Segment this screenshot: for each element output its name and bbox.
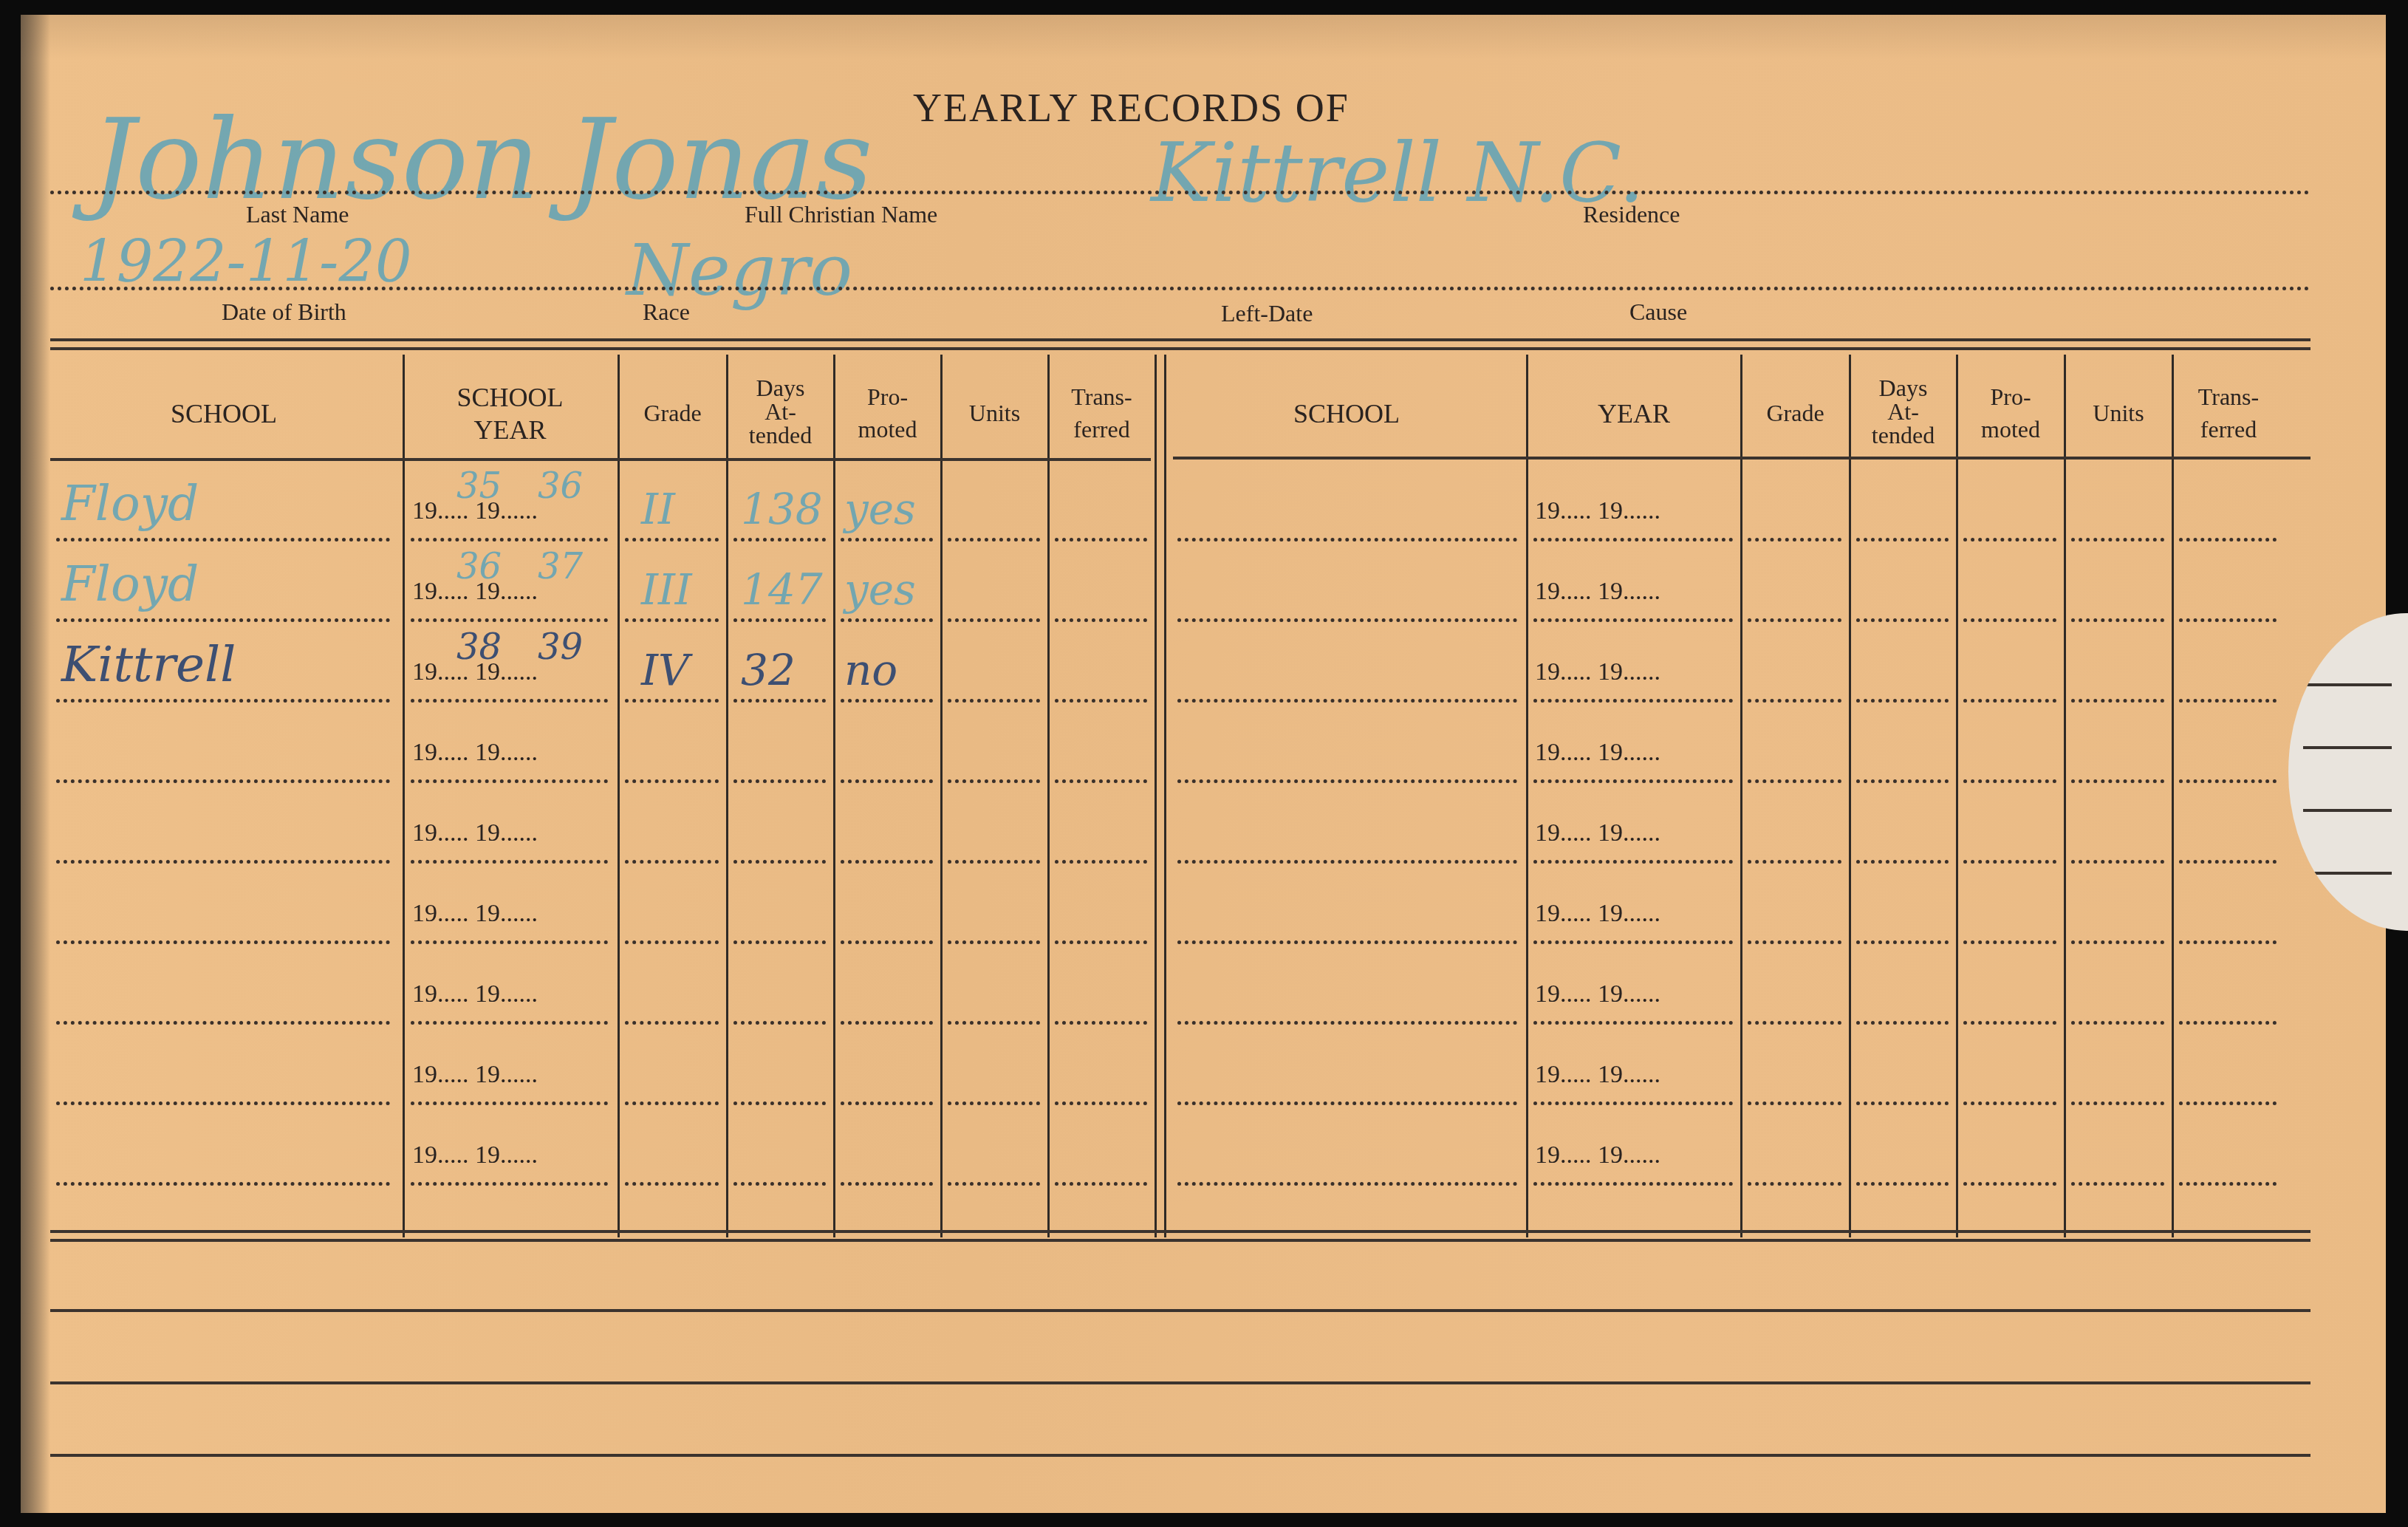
row-dotted-line: [56, 1101, 390, 1105]
header-units-right: Units: [2065, 400, 2172, 426]
year-from-value: 36: [456, 546, 502, 587]
row-dotted-line: [1177, 1182, 1517, 1186]
days-attended-value: 138: [741, 484, 823, 534]
row-dotted-line: [733, 1101, 826, 1105]
row-dotted-line: [1055, 779, 1147, 783]
col-divider: [1956, 355, 1958, 1237]
col-divider: [1164, 355, 1166, 1237]
row-dotted-line: [56, 618, 390, 622]
row-dotted-line: [2071, 1021, 2164, 1025]
row-dotted-line: [1748, 1182, 1841, 1186]
row-dotted-line: [625, 779, 719, 783]
row-dotted-line: [2179, 1021, 2277, 1025]
row-dotted-line: [411, 779, 608, 783]
header-transferred-line2: ferred: [1049, 417, 1155, 442]
row-dotted-line: [411, 1101, 608, 1105]
row-dotted-line: [1533, 699, 1733, 703]
col-divider: [726, 355, 728, 1237]
year-to-value: 39: [538, 626, 583, 668]
col-divider: [833, 355, 835, 1237]
row-dotted-line: [625, 618, 719, 622]
header-school-year-line2: YEAR: [405, 415, 615, 445]
header-promoted-line2: moted: [835, 417, 940, 442]
row-dotted-line: [56, 699, 390, 703]
row-dotted-line: [2071, 538, 2164, 542]
row-dotted-line: [1963, 618, 2056, 622]
notes-line-1: [50, 1309, 2310, 1312]
school-year-template: 19..... 19......: [412, 980, 538, 1008]
date-of-birth-label: Date of Birth: [222, 298, 346, 326]
row-dotted-line: [1748, 1101, 1841, 1105]
row-dotted-line: [948, 1101, 1040, 1105]
row-dotted-line: [1533, 618, 1733, 622]
row-dotted-line: [625, 1021, 719, 1025]
row-dotted-line: [1177, 860, 1517, 864]
year-template-right: 19..... 19......: [1535, 497, 1660, 525]
row-dotted-line: [1963, 1101, 2056, 1105]
header-promoted-right-line1: Pro-: [1957, 384, 2064, 409]
residence-value: Kittrell N.C.: [1151, 126, 1644, 220]
row-dotted-line: [1963, 538, 2056, 542]
row-dotted-line: [411, 1182, 608, 1186]
header-school-year-line1: SCHOOL: [405, 383, 615, 412]
row-dotted-line: [1533, 1182, 1733, 1186]
tab-line: [2303, 746, 2392, 749]
header-grade-right: Grade: [1742, 400, 1849, 426]
row-dotted-line: [1748, 779, 1841, 783]
col-divider: [2172, 355, 2174, 1237]
row-dotted-line: [1055, 1101, 1147, 1105]
school-value: Floyd: [61, 556, 199, 612]
header-days-right-line1: Days: [1850, 375, 1956, 400]
row-dotted-line: [625, 1101, 719, 1105]
year-template-right: 19..... 19......: [1535, 900, 1660, 928]
row-dotted-line: [841, 699, 933, 703]
paper-edge-shadow: [21, 15, 50, 1513]
row-dotted-line: [1533, 860, 1733, 864]
row-dotted-line: [841, 1101, 933, 1105]
row-dotted-line: [2179, 1182, 2277, 1186]
row-dotted-line: [2071, 699, 2164, 703]
cause-label: Cause: [1629, 298, 1687, 326]
row-dotted-line: [411, 618, 608, 622]
row-dotted-line: [411, 1021, 608, 1025]
school-year-template: 19..... 19......: [412, 900, 538, 928]
header-promoted-line1: Pro-: [835, 384, 940, 409]
header-promoted-right-line2: moted: [1957, 417, 2064, 442]
grade-value: IV: [641, 645, 689, 695]
header-days-right-line3: tended: [1850, 423, 1956, 448]
row-dotted-line: [1856, 699, 1949, 703]
row-dotted-line: [1055, 1182, 1147, 1186]
row-dotted-line: [2179, 538, 2277, 542]
row-dotted-line: [733, 618, 826, 622]
row-dotted-line: [2071, 860, 2164, 864]
year-template-right: 19..... 19......: [1535, 980, 1660, 1008]
row-dotted-line: [1533, 538, 1733, 542]
name-line: [50, 191, 2310, 194]
row-dotted-line: [2179, 860, 2277, 864]
header-days-right-line2: At-: [1850, 399, 1956, 424]
row-dotted-line: [1533, 940, 1733, 944]
row-dotted-line: [1856, 618, 1949, 622]
promoted-value: yes: [844, 484, 916, 534]
row-dotted-line: [56, 538, 390, 542]
row-dotted-line: [2179, 1101, 2277, 1105]
row-dotted-line: [1856, 940, 1949, 944]
row-dotted-line: [1748, 699, 1841, 703]
birth-line: [50, 287, 2310, 290]
table-top-rule-2: [50, 347, 2310, 350]
col-divider: [1047, 355, 1050, 1237]
row-dotted-line: [733, 779, 826, 783]
notes-line-3: [50, 1454, 2310, 1457]
header-grade-left: Grade: [619, 400, 726, 426]
year-to-value: 37: [538, 546, 583, 587]
table-top-rule-1: [50, 338, 2310, 341]
row-dotted-line: [1748, 940, 1841, 944]
row-dotted-line: [1177, 940, 1517, 944]
row-dotted-line: [841, 1021, 933, 1025]
col-divider: [618, 355, 620, 1237]
header-units-left: Units: [942, 400, 1047, 426]
header-year-right: YEAR: [1528, 399, 1740, 428]
header-school-left: SCHOOL: [50, 399, 397, 428]
row-dotted-line: [1533, 1101, 1733, 1105]
row-dotted-line: [1963, 1182, 2056, 1186]
row-dotted-line: [1963, 860, 2056, 864]
tab-line: [2303, 683, 2392, 686]
row-dotted-line: [56, 860, 390, 864]
row-dotted-line: [411, 538, 608, 542]
card-title: YEARLY RECORDS OF: [913, 85, 1350, 131]
row-dotted-line: [841, 860, 933, 864]
row-dotted-line: [411, 860, 608, 864]
promoted-value: yes: [844, 564, 916, 615]
date-of-birth-value: 1922-11-20: [80, 229, 412, 296]
last-name-label: Last Name: [246, 201, 349, 228]
row-dotted-line: [948, 940, 1040, 944]
grade-value: II: [641, 484, 675, 534]
row-dotted-line: [841, 618, 933, 622]
row-dotted-line: [2179, 779, 2277, 783]
school-year-template: 19..... 19......: [412, 739, 538, 767]
row-dotted-line: [2179, 699, 2277, 703]
row-dotted-line: [2071, 779, 2164, 783]
row-dotted-line: [625, 860, 719, 864]
header-transferred-line1: Trans-: [1049, 384, 1155, 409]
col-divider: [403, 355, 405, 1237]
row-dotted-line: [1856, 860, 1949, 864]
tab-line: [2303, 809, 2392, 812]
row-dotted-line: [2179, 618, 2277, 622]
col-divider: [1740, 355, 1742, 1237]
row-dotted-line: [841, 1182, 933, 1186]
header-bottom-rule-left: [50, 458, 1151, 461]
row-dotted-line: [56, 1182, 390, 1186]
row-dotted-line: [841, 538, 933, 542]
row-dotted-line: [1177, 1021, 1517, 1025]
row-dotted-line: [1055, 538, 1147, 542]
year-template-right: 19..... 19......: [1535, 819, 1660, 847]
notes-line-2: [50, 1381, 2310, 1384]
row-dotted-line: [411, 940, 608, 944]
col-divider: [2064, 355, 2066, 1237]
full-christian-name-label: Full Christian Name: [745, 201, 937, 228]
row-dotted-line: [733, 538, 826, 542]
promoted-value: no: [844, 645, 897, 695]
left-date-label: Left-Date: [1221, 300, 1313, 327]
header-transferred-right-line2: ferred: [2173, 417, 2284, 442]
row-dotted-line: [625, 1182, 719, 1186]
row-dotted-line: [1856, 1021, 1949, 1025]
attached-card-tab: [2288, 613, 2408, 931]
row-dotted-line: [948, 1021, 1040, 1025]
record-card: YEARLY RECORDS OF Johnson Jonas Kittrell…: [21, 15, 2386, 1513]
row-dotted-line: [1963, 1021, 2056, 1025]
row-dotted-line: [625, 538, 719, 542]
header-school-right: SCHOOL: [1169, 399, 1524, 428]
col-divider: [1155, 355, 1157, 1237]
row-dotted-line: [948, 860, 1040, 864]
year-to-value: 36: [538, 465, 583, 507]
year-template-right: 19..... 19......: [1535, 1141, 1660, 1169]
row-dotted-line: [948, 699, 1040, 703]
row-dotted-line: [1177, 618, 1517, 622]
row-dotted-line: [1177, 538, 1517, 542]
row-dotted-line: [1856, 1182, 1949, 1186]
row-dotted-line: [1963, 779, 2056, 783]
year-from-value: 35: [456, 465, 502, 507]
row-dotted-line: [625, 940, 719, 944]
school-year-template: 19..... 19......: [412, 1061, 538, 1089]
row-dotted-line: [1533, 779, 1733, 783]
row-dotted-line: [1748, 618, 1841, 622]
days-attended-value: 147: [741, 564, 823, 615]
row-dotted-line: [1963, 940, 2056, 944]
table-bottom-rule-1: [50, 1230, 2310, 1233]
row-dotted-line: [2071, 940, 2164, 944]
year-template-right: 19..... 19......: [1535, 658, 1660, 686]
row-dotted-line: [1748, 860, 1841, 864]
row-dotted-line: [2071, 1182, 2164, 1186]
row-dotted-line: [948, 618, 1040, 622]
row-dotted-line: [841, 940, 933, 944]
row-dotted-line: [733, 1021, 826, 1025]
row-dotted-line: [1055, 860, 1147, 864]
row-dotted-line: [733, 940, 826, 944]
header-transferred-right-line1: Trans-: [2173, 384, 2284, 409]
col-divider: [1849, 355, 1851, 1237]
row-dotted-line: [1963, 699, 2056, 703]
row-dotted-line: [2071, 1101, 2164, 1105]
row-dotted-line: [1856, 538, 1949, 542]
header-bottom-rule-right: [1173, 457, 2310, 460]
school-year-template: 19..... 19......: [412, 819, 538, 847]
row-dotted-line: [56, 779, 390, 783]
school-value: Floyd: [61, 475, 199, 532]
race-label: Race: [643, 298, 690, 326]
row-dotted-line: [56, 940, 390, 944]
year-template-right: 19..... 19......: [1535, 1061, 1660, 1089]
row-dotted-line: [948, 538, 1040, 542]
days-attended-value: 32: [741, 645, 796, 695]
row-dotted-line: [733, 1182, 826, 1186]
header-days-line1: Days: [728, 375, 833, 400]
row-dotted-line: [733, 699, 826, 703]
col-divider: [940, 355, 943, 1237]
header-days-line3: tended: [728, 423, 833, 448]
row-dotted-line: [2071, 618, 2164, 622]
row-dotted-line: [1177, 699, 1517, 703]
row-dotted-line: [1055, 699, 1147, 703]
year-from-value: 38: [456, 626, 502, 668]
school-value: Kittrell: [61, 636, 236, 693]
row-dotted-line: [733, 860, 826, 864]
row-dotted-line: [1748, 538, 1841, 542]
table-bottom-rule-2: [50, 1239, 2310, 1242]
row-dotted-line: [1748, 1021, 1841, 1025]
row-dotted-line: [1177, 779, 1517, 783]
row-dotted-line: [1177, 1101, 1517, 1105]
residence-label: Residence: [1583, 201, 1680, 228]
row-dotted-line: [56, 1021, 390, 1025]
row-dotted-line: [1856, 1101, 1949, 1105]
row-dotted-line: [1856, 779, 1949, 783]
row-dotted-line: [1055, 1021, 1147, 1025]
row-dotted-line: [2179, 940, 2277, 944]
grade-value: III: [641, 564, 692, 615]
row-dotted-line: [625, 699, 719, 703]
col-divider: [1526, 355, 1528, 1237]
row-dotted-line: [841, 779, 933, 783]
row-dotted-line: [948, 779, 1040, 783]
header-days-line2: At-: [728, 399, 833, 424]
row-dotted-line: [948, 1182, 1040, 1186]
row-dotted-line: [411, 699, 608, 703]
row-dotted-line: [1055, 618, 1147, 622]
school-year-template: 19..... 19......: [412, 1141, 538, 1169]
tab-line: [2303, 872, 2392, 875]
year-template-right: 19..... 19......: [1535, 578, 1660, 606]
row-dotted-line: [1055, 940, 1147, 944]
year-template-right: 19..... 19......: [1535, 739, 1660, 767]
row-dotted-line: [1533, 1021, 1733, 1025]
